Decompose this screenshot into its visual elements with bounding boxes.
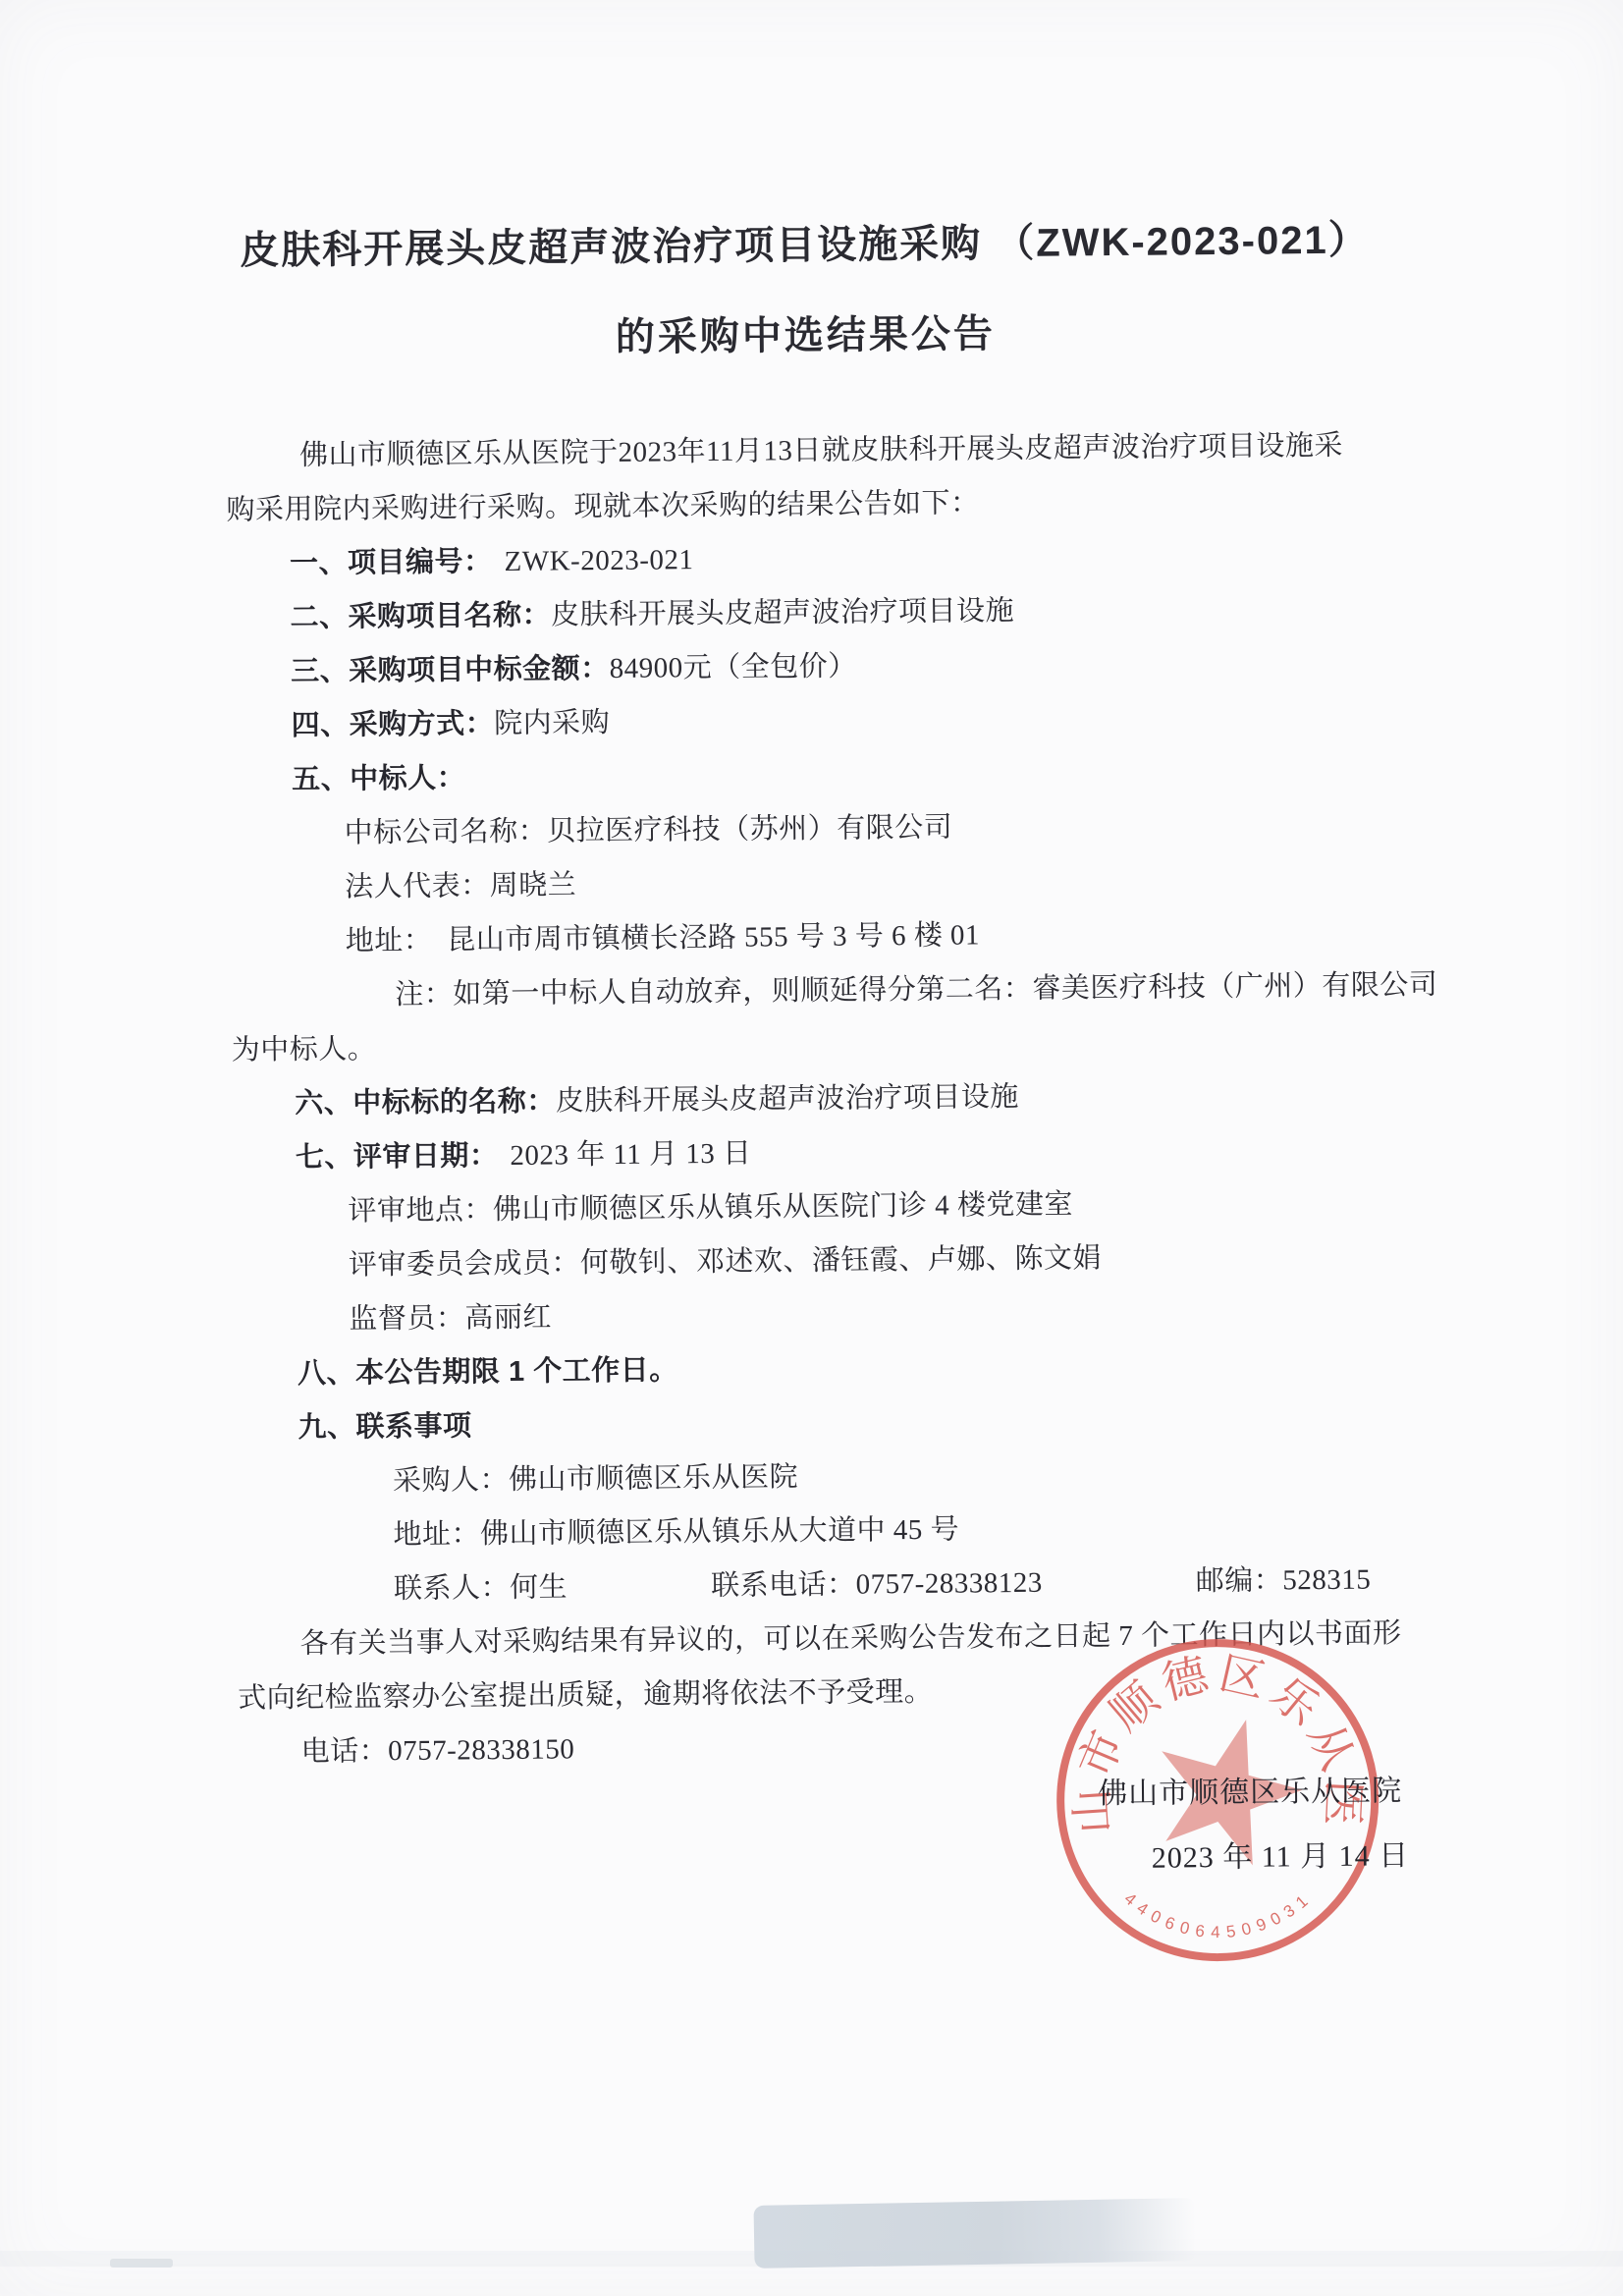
- item-award-amount-label: 三、采购项目中标金额：: [291, 653, 610, 687]
- item-project-name-value: 皮肤科开展头皮超声波治疗项目设施: [551, 595, 1014, 631]
- contact-person-value: 何生: [510, 1571, 568, 1604]
- item-procurement-method-value: 院内采购: [494, 707, 610, 739]
- contact-phone-label: 联系电话：: [711, 1569, 856, 1602]
- item-project-number-value: ZWK-2023-021: [504, 544, 693, 577]
- item-award-name-label: 六、中标标的名称：: [295, 1086, 556, 1121]
- item-award-name-value: 皮肤科开展头皮超声波治疗项目设施: [556, 1081, 1019, 1118]
- item-project-name-label: 二、采购项目名称：: [290, 600, 551, 634]
- intro-line-1: 佛山市顺德区乐从医院于2023年11月13日就皮肤科开展头皮超声波治疗项目设施采: [226, 418, 1404, 484]
- scanned-document-page: 皮肤科开展头皮超声波治疗项目设施采购 （ZWK-2023-021） 的采购中选结…: [0, 0, 1623, 2296]
- scan-artifact-smudge: [753, 2198, 1196, 2269]
- winner-note-line: 注：如第一中标人自动放弃，则顺延得分第二名：睿美医疗科技（广州）有限公司: [231, 958, 1409, 1024]
- contact-phone-value: 0757-28338123: [855, 1567, 1042, 1601]
- seal-code-text: 4406064509031: [1120, 1887, 1317, 1942]
- item-award-amount-value: 84900元（全包价）: [609, 651, 856, 684]
- item-review-date-value: 2023 年 11 月 13 日: [510, 1138, 751, 1172]
- document-body: 佛山市顺德区乐从医院于2023年11月13日就皮肤科开展头皮超声波治疗项目设施采…: [226, 418, 1417, 1779]
- item-review-date-label: 七、评审日期：: [296, 1140, 499, 1174]
- item-procurement-method-label: 四、采购方式：: [291, 708, 494, 741]
- svg-text:4406064509031: 4406064509031: [1120, 1887, 1317, 1942]
- signature-org-text: 佛山市顺德区乐从医院: [1098, 1764, 1403, 1821]
- item-project-number-label: 一、项目编号：: [290, 546, 493, 579]
- scan-artifact-dash: [110, 2259, 173, 2268]
- contact-person-label: 联系人：: [394, 1572, 510, 1605]
- document-title-line-2: 的采购中选结果公告: [0, 304, 1617, 367]
- signature-date-text: 2023 年 11 月 14 日: [1151, 1829, 1409, 1886]
- contact-zip-value: 528315: [1282, 1564, 1371, 1597]
- document-sheet: 皮肤科开展头皮超声波治疗项目设施采购 （ZWK-2023-021） 的采购中选结…: [0, 0, 1623, 2296]
- document-title-line-1: 皮肤科开展头皮超声波治疗项目设施采购 （ZWK-2023-021）: [0, 214, 1616, 277]
- contact-zip-label: 邮编：: [1196, 1564, 1283, 1597]
